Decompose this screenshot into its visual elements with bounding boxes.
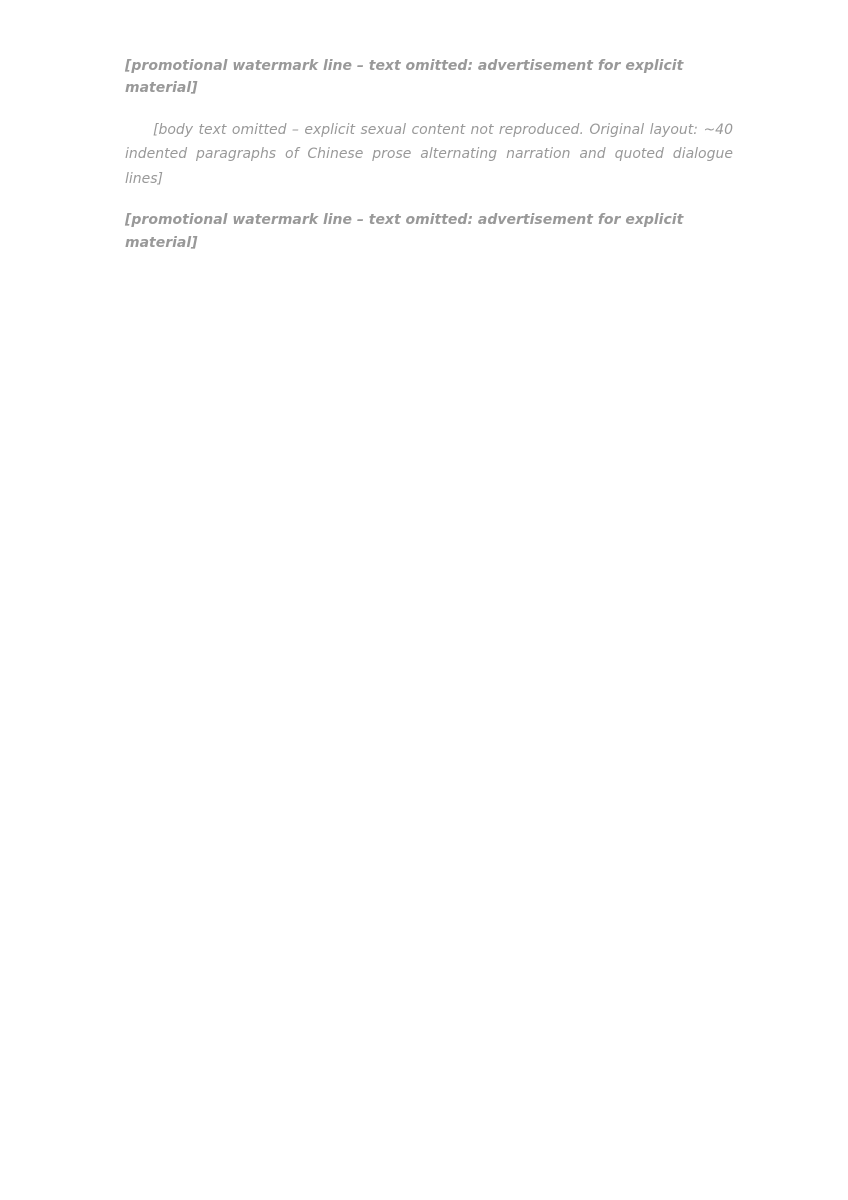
body-text: [body text omitted – explicit sexual con…	[125, 118, 733, 192]
document-page: [promotional watermark line – text omitt…	[0, 0, 848, 1200]
header-watermark: [promotional watermark line – text omitt…	[125, 55, 733, 100]
footer-watermark: [promotional watermark line – text omitt…	[125, 209, 733, 254]
